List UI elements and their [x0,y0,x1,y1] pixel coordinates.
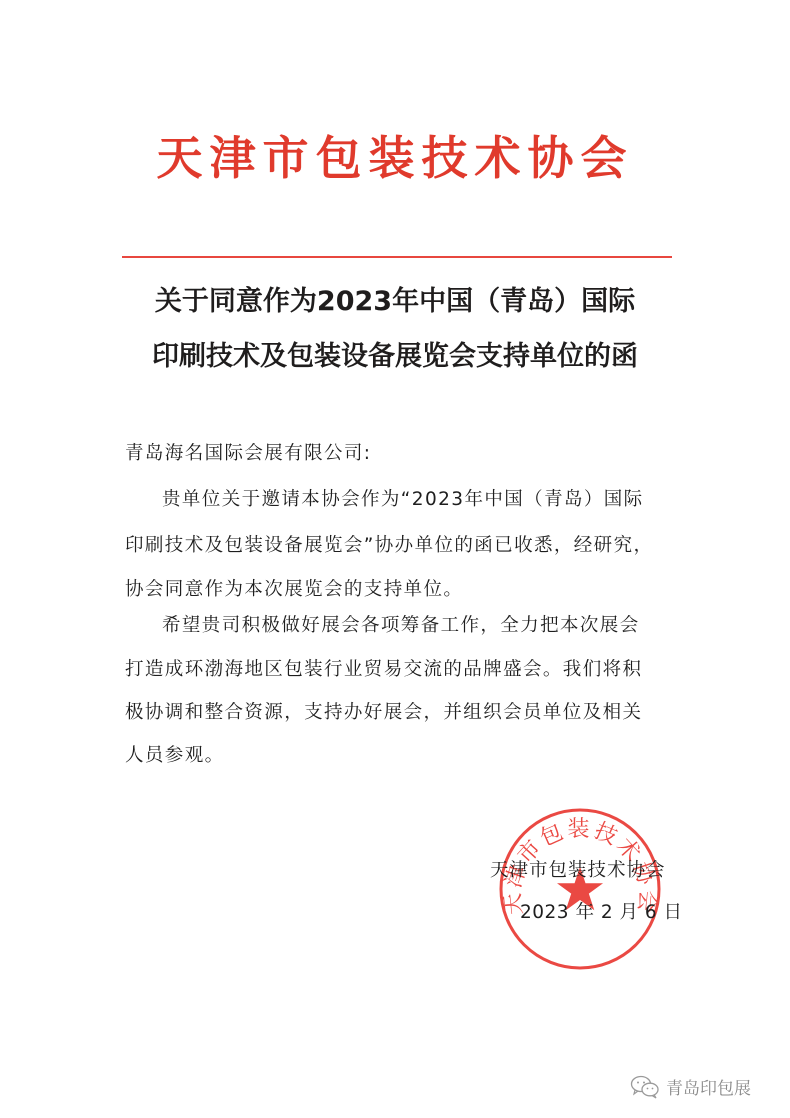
paragraph-1-line-2: 印刷技术及包装设备展览会”协办单位的函已收悉，经研究， [125,526,685,566]
document-title-line-2: 印刷技术及包装设备展览会支持单位的函 [0,337,790,377]
letterhead-divider [122,256,672,258]
paragraph-1-line-3: 协会同意作为本次展览会的支持单位。 [125,570,685,610]
paragraph-2-line-1: 希望贵司积极做好展会各项筹备工作，全力把本次展会 [125,606,722,646]
official-seal: 天津市包装技术协会 ★ [497,806,663,972]
salutation: 青岛海名国际会展有限公司: [125,434,685,474]
wechat-watermark: 青岛印包展 [630,1074,751,1099]
signature-organization: 天津市包装技术协会 [490,856,666,882]
paragraph-2-line-2: 打造成环渤海地区包装行业贸易交流的品牌盛会。我们将积 [125,650,685,690]
wechat-icon [630,1075,660,1099]
paragraph-2-line-4: 人员参观。 [125,736,685,776]
letterhead-organization: 天津市包装技术协会 [0,128,790,188]
document-title-line-1: 关于同意作为2023年中国（青岛）国际 [0,282,790,322]
signature-date: 2023 年 2 月 6 日 [520,898,683,924]
paragraph-2-line-3: 极协调和整合资源，支持办好展会，并组织会员单位及相关 [125,693,685,733]
paragraph-1-line-1: 贵单位关于邀请本协会作为“2023年中国（青岛）国际 [125,480,722,520]
watermark-account-name: 青岛印包展 [666,1074,751,1099]
